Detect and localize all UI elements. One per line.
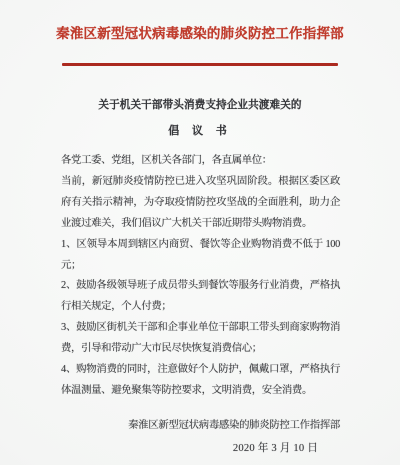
paragraph-item-4: 4、购物消费的同时，注意做好个人防护，佩戴口罩，严格执行体温测量、避免聚集等防控… [61, 360, 340, 402]
red-divider [62, 63, 338, 66]
document-content: 秦淮区新型冠状病毒感染的肺炎防控工作指挥部 关于机关干部带头消费支持企业共渡难关… [0, 0, 400, 465]
issuer-header: 秦淮区新型冠状病毒感染的肺炎防控工作指挥部 [0, 22, 400, 42]
paragraph-item-3: 3、鼓励区街机关干部和企事业单位干部职工带头到商家购物消费，引导和带动广大市民尽… [61, 318, 340, 360]
signature-block: 秦淮区新型冠状病毒感染的肺炎防控工作指挥部 2020 年 3 月 10 日 [61, 415, 340, 459]
date: 2020 年 3 月 10 日 [61, 438, 340, 459]
doc-title: 关于机关干部带头消费支持企业共渡难关的 倡 议 书 [0, 97, 400, 138]
paragraph-item-2: 2、鼓励各级领导班子成员带头到餐饮等服务行业消费，严格执行相关规定，个人付费； [61, 276, 340, 318]
doc-title-line2: 倡 议 书 [0, 122, 400, 138]
paragraph-intro: 当前，新冠肺炎疫情防控已进入攻坚巩固阶段。根据区委区政府有关指示精神，为夺取疫情… [61, 172, 340, 235]
doc-body: 各党工委、党组，区机关各部门，各直属单位： 当前，新冠肺炎疫情防控已进入攻坚巩固… [61, 151, 340, 402]
paragraph-item-1: 1、区领导本周到辖区内商贸、餐饮等企业购物消费不低于 100 元； [61, 235, 340, 277]
salutation: 各党工委、党组，区机关各部门，各直属单位： [61, 151, 340, 172]
signature: 秦淮区新型冠状病毒感染的肺炎防控工作指挥部 [61, 415, 340, 436]
document-photo: 秦淮区新型冠状病毒感染的肺炎防控工作指挥部 关于机关干部带头消费支持企业共渡难关… [0, 0, 400, 465]
doc-title-line1: 关于机关干部带头消费支持企业共渡难关的 [0, 97, 400, 112]
